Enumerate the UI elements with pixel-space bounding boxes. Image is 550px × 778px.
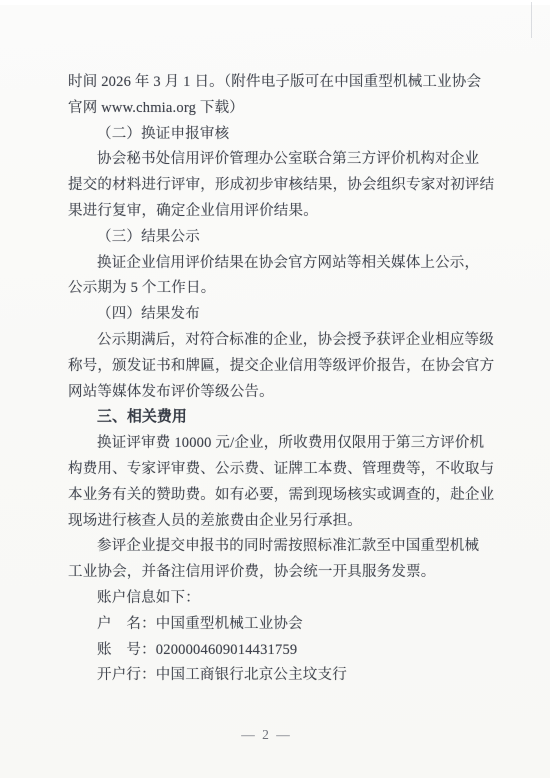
text-line-remittance-2: 工业协会，并备注信用评价费，协会统一开具服务发票。 (68, 560, 490, 586)
scanned-document-page: 时间 2026 年 3 月 1 日。（附件电子版可在中国重型机械工业协会 官网 … (0, 0, 550, 778)
text-line-release-1: 公示期满后，对符合标准的企业，协会授予获评企业相应等级 (68, 328, 490, 354)
section-heading-4-release: （四）结果发布 (68, 302, 490, 328)
account-number-line: 账 号：0200004609014431759 (68, 638, 490, 664)
document-text: 时间 2026 年 3 月 1 日。（附件电子版可在中国重型机械工业协会 官网 … (68, 70, 490, 689)
text-line-account-intro: 账户信息如下： (68, 586, 490, 612)
account-holder-line: 户 名：中国重型机械工业协会 (68, 612, 490, 638)
text-line-fees-4: 现场进行核查人员的差旅费由企业另行承担。 (68, 509, 490, 535)
scan-edge-artifact (531, 2, 532, 38)
text-line-fees-1: 换证评审费 10000 元/企业，所收费用仅限用于第三方评价机 (68, 431, 490, 457)
section-heading-fees: 三、相关费用 (68, 405, 490, 431)
text-line-fees-3: 本业务有关的赞助费。如有必要，需到现场核实或调查的，赴企业 (68, 483, 490, 509)
section-heading-3-publicity: （三）结果公示 (68, 225, 490, 251)
text-line-download-time: 时间 2026 年 3 月 1 日。（附件电子版可在中国重型机械工业协会 (68, 70, 490, 96)
bank-branch-line: 开户行：中国工商银行北京公主坟支行 (68, 663, 490, 689)
text-line-fees-2: 构费用、专家评审费、公示费、证牌工本费、管理费等，不收取与 (68, 457, 490, 483)
text-line-website: 官网 www.chmia.org 下载） (68, 96, 490, 122)
text-line-release-2: 称号，颁发证书和牌匾，提交企业信用等级评价报告，在协会官方 (68, 354, 490, 380)
text-line-publicity-2: 公示期为 5 个工作日。 (68, 276, 490, 302)
page-number: — 2 — (56, 727, 477, 743)
text-line-review-3: 果进行复审，确定企业信用评价结果。 (68, 199, 490, 225)
text-line-remittance-1: 参评企业提交申报书的同时需按照标准汇款至中国重型机械 (68, 534, 490, 560)
section-heading-2-review: （二）换证申报审核 (68, 122, 490, 148)
text-line-release-3: 网站等媒体发布评价等级公告。 (68, 380, 490, 406)
text-line-publicity-1: 换证企业信用评价结果在协会官方网站等相关媒体上公示， (68, 251, 490, 277)
text-line-review-2: 提交的材料进行评审，形成初步审核结果，协会组织专家对初评结 (68, 173, 490, 199)
text-line-review-1: 协会秘书处信用评价管理办公室联合第三方评价机构对企业 (68, 147, 490, 173)
